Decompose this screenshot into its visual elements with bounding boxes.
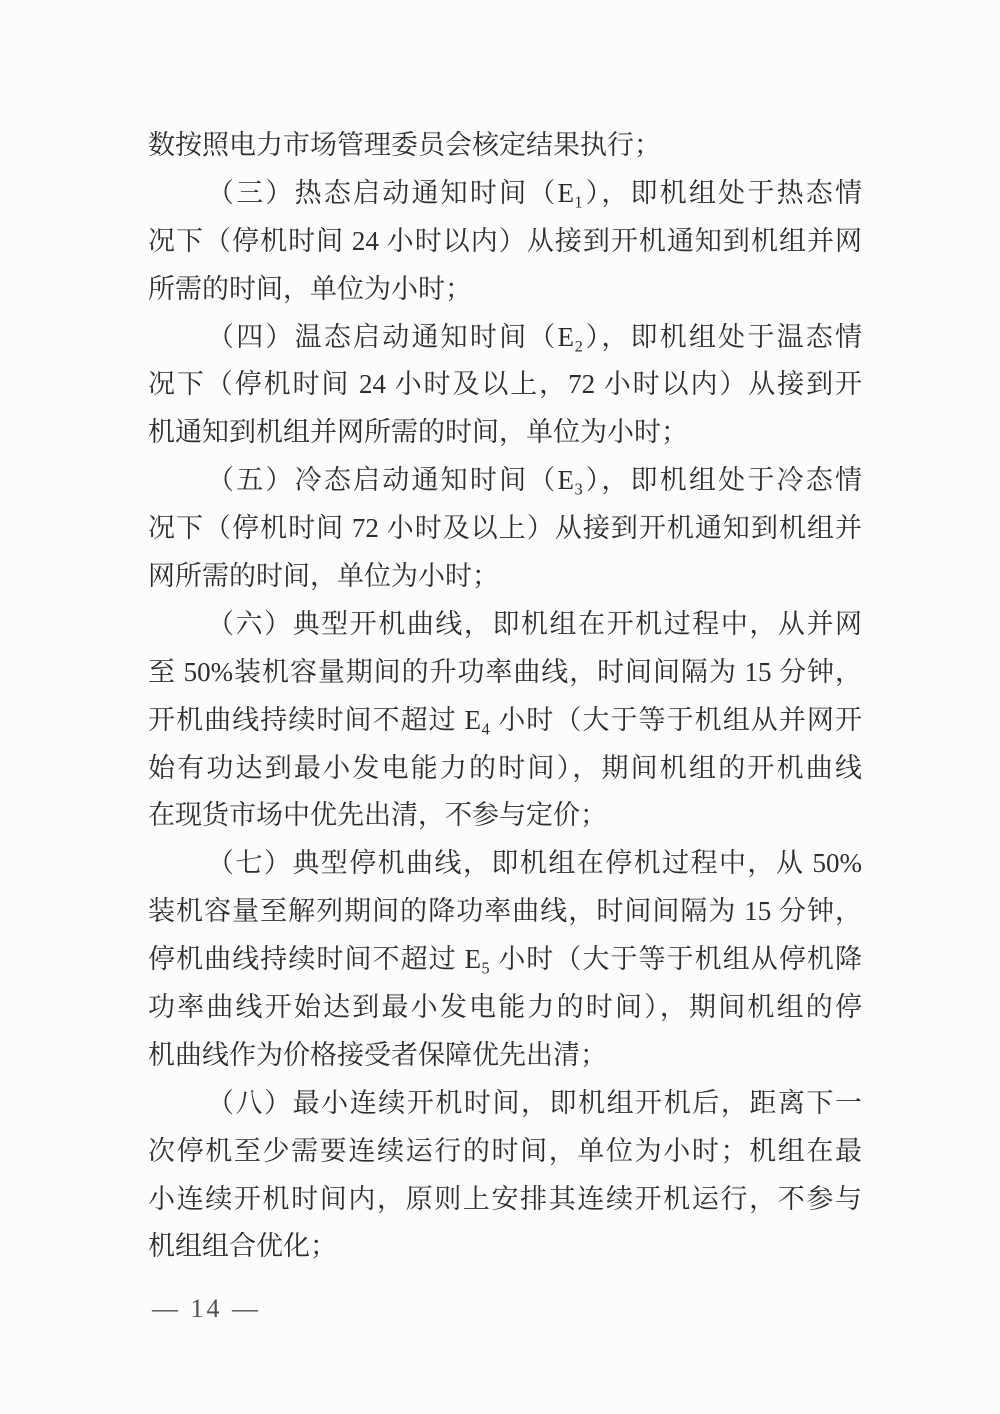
text-line: （四）温态启动通知时间（E₂），即机组处于温态情 <box>148 314 862 362</box>
text-line: 况下（停机时间 24 小时及以上，72 小时以内）从接到开 <box>148 361 862 409</box>
page-body-text: 数按照电力市场管理委员会核定结果执行； （三）热态启动通知时间（E₁），即机组处… <box>148 122 862 1271</box>
text-line: 次停机至少需要连续运行的时间，单位为小时；机组在最 <box>148 1128 862 1176</box>
text-line: 网所需的时间，单位为小时； <box>148 553 862 601</box>
text-line: 始有功达到最小发电能力的时间），期间机组的开机曲线 <box>148 745 862 793</box>
text-line: 开机曲线持续时间不超过 E₄ 小时（大于等于机组从并网开 <box>148 697 862 745</box>
text-line: （八）最小连续开机时间，即机组开机后，距离下一 <box>148 1080 862 1128</box>
text-line: 所需的时间，单位为小时； <box>148 266 862 314</box>
text-line: 数按照电力市场管理委员会核定结果执行； <box>148 122 862 170</box>
text-line: （三）热态启动通知时间（E₁），即机组处于热态情 <box>148 170 862 218</box>
text-line: 机组组合优化； <box>148 1223 862 1271</box>
text-line: 机通知到机组并网所需的时间，单位为小时； <box>148 409 862 457</box>
text-line: 在现货市场中优先出清，不参与定价； <box>148 792 862 840</box>
page-number: — 14 — <box>152 1292 261 1326</box>
text-line: 机曲线作为价格接受者保障优先出清； <box>148 1032 862 1080</box>
document-page: 数按照电力市场管理委员会核定结果执行； （三）热态启动通知时间（E₁），即机组处… <box>0 0 1000 1414</box>
text-line: （六）典型开机曲线，即机组在开机过程中，从并网 <box>148 601 862 649</box>
text-line: 至 50%装机容量期间的升功率曲线，时间间隔为 15 分钟， <box>148 649 862 697</box>
text-line: 停机曲线持续时间不超过 E₅ 小时（大于等于机组从停机降 <box>148 936 862 984</box>
text-line: （七）典型停机曲线，即机组在停机过程中，从 50% <box>148 840 862 888</box>
text-line: 况下（停机时间 24 小时以内）从接到开机通知到机组并网 <box>148 218 862 266</box>
text-line: 装机容量至解列期间的降功率曲线，时间间隔为 15 分钟， <box>148 888 862 936</box>
text-line: 小连续开机时间内，原则上安排其连续开机运行，不参与 <box>148 1176 862 1224</box>
text-line: 功率曲线开始达到最小发电能力的时间），期间机组的停 <box>148 984 862 1032</box>
text-line: 况下（停机时间 72 小时及以上）从接到开机通知到机组并 <box>148 505 862 553</box>
text-line: （五）冷态启动通知时间（E₃），即机组处于冷态情 <box>148 457 862 505</box>
